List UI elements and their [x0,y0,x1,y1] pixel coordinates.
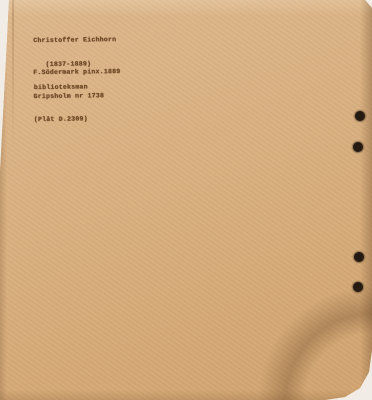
punch-hole-4 [353,282,363,292]
artwork-artist-line: F.Södermark pinx.1889 [33,68,120,77]
punch-hole-3 [354,252,364,262]
artwork-inventory-line: Gripsholm nr 1738 [33,91,120,100]
sitter-name-line: Christoffer Eichhorn [33,36,116,45]
artwork-plate-line: (Plåt D.2309) [34,115,121,124]
card-paper: Christoffer Eichhorn (1837-1889) bibliot… [0,0,372,400]
punch-hole-2 [353,142,363,152]
paper-crease [12,0,14,150]
typed-text-artwork: F.Södermark pinx.1889 Gripsholm nr 1738 … [33,52,121,140]
scan-backdrop: { "card": { "sitter": { "name": "Christo… [0,0,372,400]
punch-hole-1 [355,111,365,121]
